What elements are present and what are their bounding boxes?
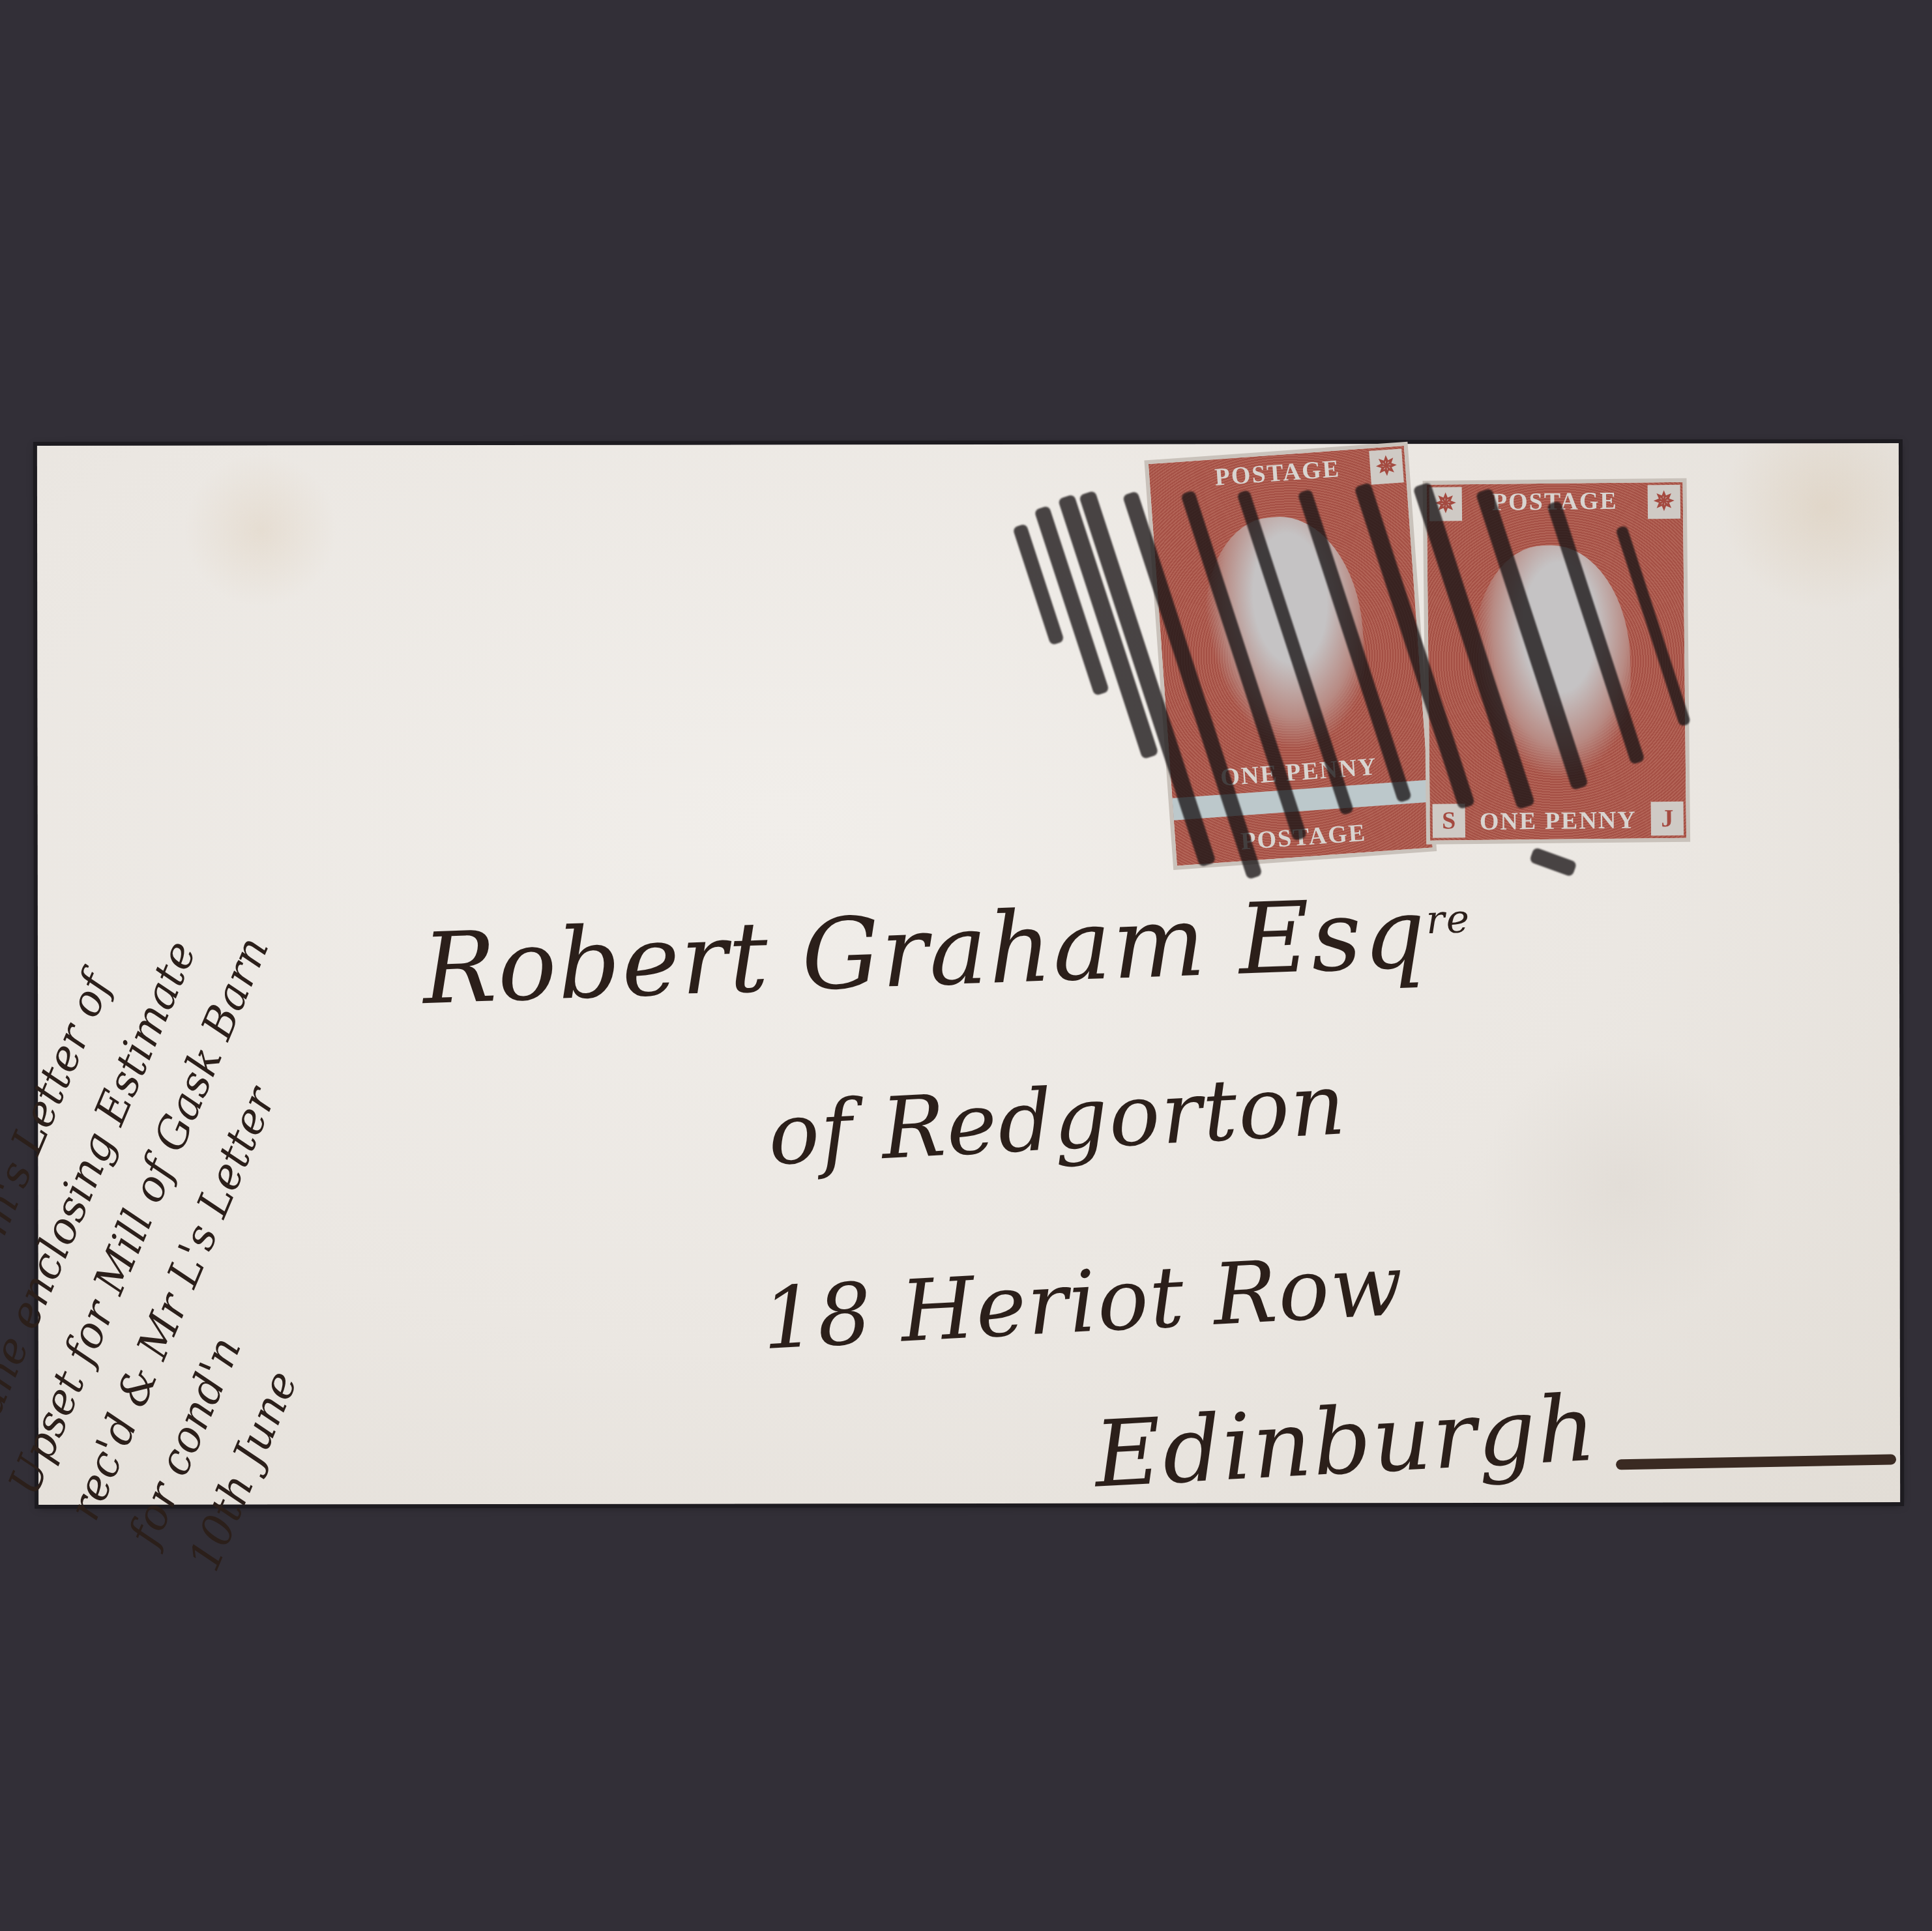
stamp-corner-letter-right: J (1651, 802, 1684, 836)
envelope: POSTAGE ✵ ONE PENNY POSTAGE POSTAGE ✵ ✵ … (37, 443, 1900, 1505)
address-line-city: Edinburgh (1092, 1376, 1600, 1509)
underline-flourish (1616, 1454, 1896, 1470)
cancellation-postmark (37, 443, 1899, 446)
stamp-corner-letter-left: S (1433, 804, 1466, 838)
docket-notes: Mr Meiklem's Letter of 8 June enclosing … (0, 678, 549, 1581)
address-recipient: Robert Graham Esqre (420, 875, 1473, 1026)
star-corner-icon: ✵ (1369, 448, 1404, 484)
address-line-street: 18 Heriot Row (759, 1235, 1407, 1369)
stamp-value-label: ONE PENNY (1430, 806, 1686, 837)
star-corner-icon: ✵ (1648, 485, 1681, 519)
address-line-estate: of Redgorton (766, 1054, 1349, 1184)
